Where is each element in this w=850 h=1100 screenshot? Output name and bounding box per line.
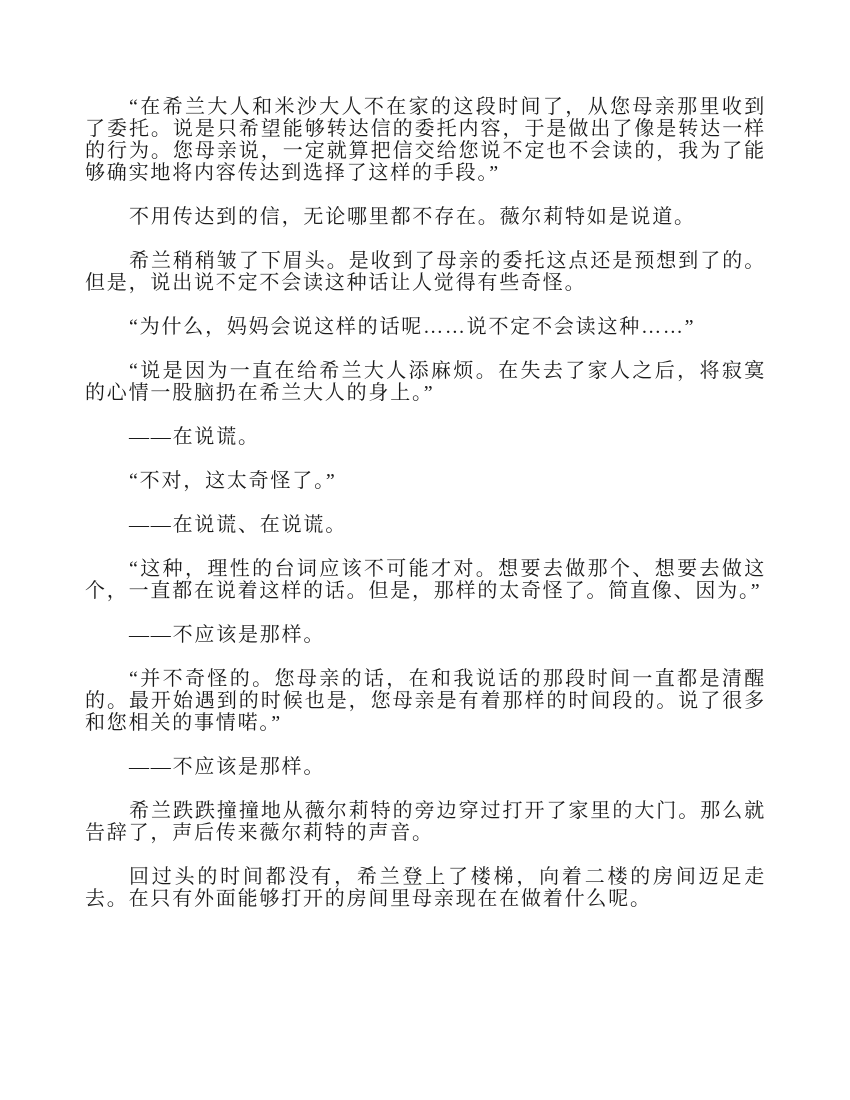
document-page: “在希兰大人和米沙大人不在家的这段时间了，从您母亲那里收到了委托。说是只希望能够… [0, 0, 850, 1100]
paragraph: ——在说谎、在说谎。 [85, 514, 766, 536]
paragraph: “这种，理性的台词应该不可能才对。想要去做那个、想要去做这个，一直都在说着这样的… [85, 558, 766, 602]
paragraph: 回过头的时间都没有，希兰登上了楼梯，向着二楼的房间迈足走去。在只有外面能够打开的… [85, 866, 766, 910]
paragraph: ——不应该是那样。 [85, 624, 766, 646]
paragraph: ——不应该是那样。 [85, 756, 766, 778]
paragraph: “在希兰大人和米沙大人不在家的这段时间了，从您母亲那里收到了委托。说是只希望能够… [85, 96, 766, 184]
paragraph: 不用传达到的信，无论哪里都不存在。薇尔莉特如是说道。 [85, 206, 766, 228]
paragraph: 希兰稍稍皱了下眉头。是收到了母亲的委托这点还是预想到了的。但是，说出说不定不会读… [85, 250, 766, 294]
paragraph: 希兰跌跌撞撞地从薇尔莉特的旁边穿过打开了家里的大门。那么就告辞了，声后传来薇尔莉… [85, 800, 766, 844]
paragraph: “并不奇怪的。您母亲的话，在和我说话的那段时间一直都是清醒的。最开始遇到的时候也… [85, 668, 766, 734]
paragraph: “说是因为一直在给希兰大人添麻烦。在失去了家人之后，将寂寞的心情一股脑扔在希兰大… [85, 360, 766, 404]
paragraph: “不对，这太奇怪了。” [85, 470, 766, 492]
paragraph: “为什么，妈妈会说这样的话呢……说不定不会读这种……” [85, 316, 766, 338]
paragraph: ——在说谎。 [85, 426, 766, 448]
